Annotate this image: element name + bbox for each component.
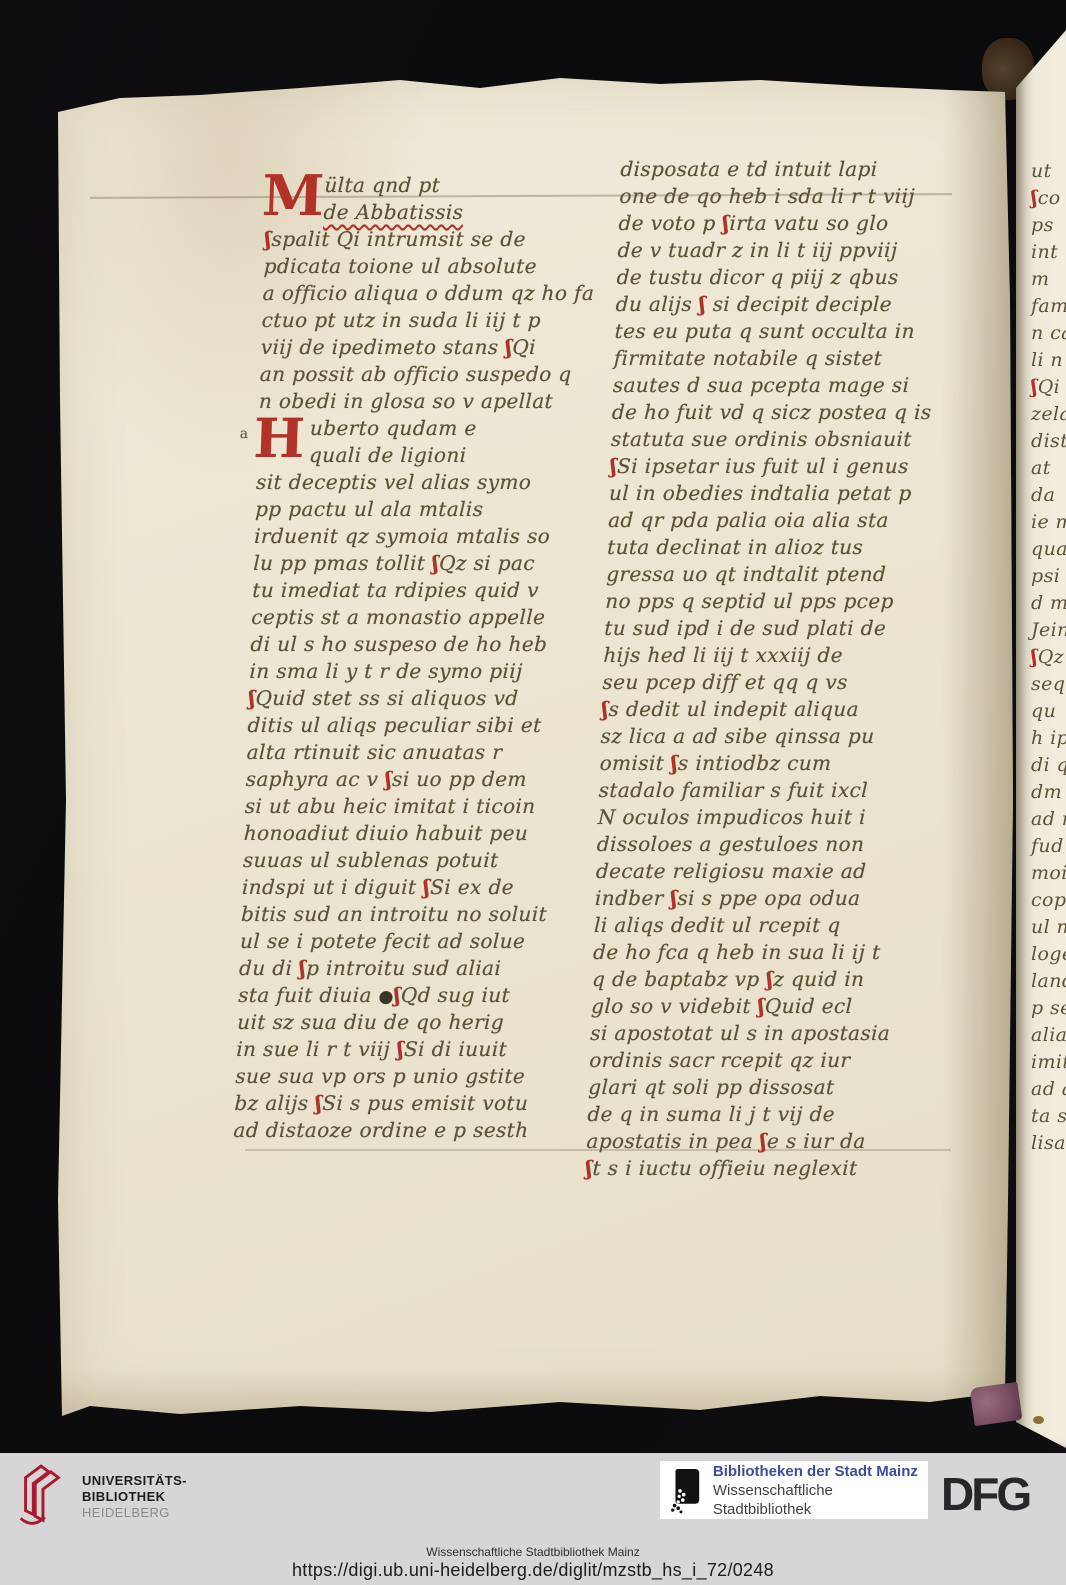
edge-fragment: ad m <box>1031 806 1066 833</box>
edge-fragment: land <box>1031 968 1066 995</box>
scan-source-url: https://digi.ub.uni-heidelberg.de/diglit… <box>0 1560 1066 1581</box>
ubh-line2: BIBLIOTHEK <box>82 1489 187 1505</box>
manuscript-line: de voto p ʃirta vatu so glo <box>618 210 969 237</box>
rubric-mark: ʃ <box>671 751 679 775</box>
manuscript-line: suuas ul sublenas potuit <box>242 847 588 874</box>
manuscript-line: tes eu puta q sunt occulta in <box>614 318 965 345</box>
manuscript-line: ordinis sacr rcepit qz iur <box>589 1047 940 1074</box>
edge-fragment: fam <box>1031 293 1066 320</box>
rubric-mark: ʃ <box>760 1129 768 1153</box>
manuscript-line: de tustu dicor q piij z qbus <box>616 264 967 291</box>
rubric-mark: ʃ <box>393 983 401 1007</box>
manuscript-line: no pps q septid ul pps pcep <box>605 588 956 615</box>
edge-fragment: li n <box>1031 347 1066 374</box>
manuscript-line: ʃSi ipsetar ius fuit ul i genus <box>610 453 961 480</box>
rubric-mark: ʃ <box>432 551 440 575</box>
rubric-mark: ʃ <box>299 956 307 980</box>
mainz-book-icon <box>670 1465 703 1515</box>
gilt-speck <box>1033 1416 1044 1424</box>
manuscript-line: seu pcep diff et qq q vs <box>602 669 953 696</box>
manuscript-line: sautes d sua pcepta mage si <box>612 372 963 399</box>
manuscript-line: sue sua vp ors p unio gstite <box>235 1063 581 1090</box>
edge-fragment: alia <box>1031 1022 1066 1049</box>
edge-fragment: loge <box>1031 941 1066 968</box>
marbled-edge-patch <box>970 1382 1023 1426</box>
manuscript-line: tuta declinat in alioz tus <box>607 534 958 561</box>
edge-fragment: ut <box>1031 158 1066 185</box>
digitized-scan-frame: ülta qnd ptde Abbatissisʃspalit Qi intru… <box>0 0 1066 1585</box>
manuscript-line: uit sz sua diu de qo herig <box>237 1009 583 1036</box>
edge-fragment: ta su <box>1031 1103 1066 1130</box>
rubric-mark: ʃ <box>757 994 765 1018</box>
footer-bar: UNIVERSITÄTS- BIBLIOTHEK HEIDELBERG Bibl… <box>0 1453 1066 1585</box>
manuscript-line: viij de ipedimeto stans ʃQi <box>260 334 606 361</box>
edge-fragment: copoe <box>1031 887 1066 914</box>
manuscript-line: lu pp pmas tollit ʃQz si pac <box>253 550 599 577</box>
manuscript-line: n obedi in glosa so v apellat <box>258 388 604 415</box>
mainz-line1: Bibliotheken der Stadt Mainz <box>713 1462 928 1481</box>
manuscript-line: sz lica a ad sibe qinssa pu <box>600 723 951 750</box>
rubric-mark: ʃ <box>505 335 513 359</box>
edge-fragment: da <box>1031 482 1066 509</box>
edge-fragment: ʃQi <box>1031 374 1066 401</box>
manuscript-line: in sue li r t viij ʃSi di iuuit <box>236 1036 582 1063</box>
manuscript-line: gressa uo qt indtalit ptend <box>606 561 957 588</box>
manuscript-line: quali de ligioni <box>257 442 603 469</box>
rubric-mark: ʃ <box>585 1156 593 1180</box>
rubric-mark: ʃ <box>264 227 272 251</box>
edge-fragment: qu <box>1031 698 1066 725</box>
manuscript-line: de ho fuit vd q sicz postea q is <box>611 399 962 426</box>
manuscript-line: ul se i potete fecit ad solue <box>240 928 586 955</box>
rubric-mark: ʃ <box>1031 646 1038 668</box>
text-column-1: ülta qnd ptde Abbatissisʃspalit Qi intru… <box>233 172 612 1144</box>
edge-fragment: Jein <box>1031 617 1066 644</box>
manuscript-line: honoadiut diuio habuit peu <box>243 820 589 847</box>
manuscript-line: ul in obedies indtalia petat p <box>609 480 960 507</box>
edge-fragment: ie m <box>1031 509 1066 536</box>
edge-fragment: lisa <box>1031 1130 1066 1157</box>
manuscript-line: bitis sud an introitu no soluit <box>241 901 587 928</box>
edge-fragment: fud <box>1031 833 1066 860</box>
manuscript-line: ʃs dedit ul indepit aliqua <box>601 696 952 723</box>
manuscript-line: one de qo heb i sda li r t viij <box>619 183 970 210</box>
rubric-mark: ʃ <box>610 454 618 478</box>
manuscript-line: ʃspalit Qi intrumsit se de <box>264 226 610 253</box>
manuscript-line: in sma li y t r de symo piij <box>249 658 595 685</box>
manuscript-line: indspi ut i diguit ʃSi ex de <box>242 874 588 901</box>
manuscript-line: pdicata toione ul absolute <box>263 253 609 280</box>
dfg-logo: DFG <box>941 1467 1029 1521</box>
edge-fragment: qua <box>1031 536 1066 563</box>
rubric-mark: ʃ <box>699 292 707 316</box>
ubh-line1: UNIVERSITÄTS- <box>82 1473 187 1489</box>
ub-heidelberg-wordmark: UNIVERSITÄTS- BIBLIOTHEK HEIDELBERG <box>82 1473 187 1521</box>
manuscript-line: ad qr pda palia oia alia sta <box>608 507 959 534</box>
manuscript-line: sta fuit diuia ●ʃQd sug iut <box>238 982 584 1009</box>
edge-fragment: ps <box>1031 212 1066 239</box>
edge-fragment: moia <box>1031 860 1066 887</box>
rubric-mark: ʃ <box>670 886 678 910</box>
next-page-text-fragments: utʃcopsintmfamn cali nʃQizeladistatdaie … <box>1031 158 1066 1157</box>
manuscript-line: sit deceptis vel alias symo <box>256 469 602 496</box>
rubric-mark: ʃ <box>1031 376 1038 398</box>
edge-fragment: ʃco <box>1031 185 1066 212</box>
rubric-initial-h: H <box>253 411 306 465</box>
manuscript-line: omisit ʃs intiodbz cum <box>599 750 950 777</box>
edge-fragment: dm <box>1031 779 1066 806</box>
edge-fragment: ad ab <box>1031 1076 1066 1103</box>
manuscript-line: du alijs ʃ si decipit deciple <box>615 291 966 318</box>
manuscript-line: stadalo familiar s fuit ixcl <box>598 777 949 804</box>
manuscript-line: ad distaoze ordine e p sesth <box>233 1117 579 1144</box>
manuscript-line: pp pactu ul ala mtalis <box>255 496 601 523</box>
manuscript-line: ceptis st a monastio appelle <box>251 604 597 631</box>
rubric-mark: ʃ <box>248 686 256 710</box>
edge-fragment: int <box>1031 239 1066 266</box>
rubric-mark: ʃ <box>1031 187 1038 209</box>
ub-heidelberg-logo: UNIVERSITÄTS- BIBLIOTHEK HEIDELBERG <box>12 1459 187 1535</box>
edge-fragment: at <box>1031 455 1066 482</box>
edge-fragment: dist <box>1031 428 1066 455</box>
edge-fragment: imit <box>1031 1049 1066 1076</box>
manuscript-line: de ho fca q heb in sua li ij t <box>593 939 944 966</box>
edge-fragment: zela <box>1031 401 1066 428</box>
rubric-mark: ʃ <box>385 767 393 791</box>
page-bottom-shade <box>55 1370 1013 1420</box>
manuscript-line: de q in suma li j t vij de <box>587 1101 938 1128</box>
ink-blot: ● <box>378 987 394 1007</box>
manuscript-line: glo so v videbit ʃQuid ecl <box>591 993 942 1020</box>
ub-heidelberg-book-icon <box>12 1459 72 1535</box>
manuscript-line: si ut abu heic imitat i ticoin <box>244 793 590 820</box>
mainz-wordmark: Bibliotheken der Stadt Mainz Wissenschaf… <box>713 1462 928 1519</box>
manuscript-line: dissoloes a gestuloes non <box>596 831 947 858</box>
manuscript-page: ülta qnd ptde Abbatissisʃspalit Qi intru… <box>55 68 1013 1420</box>
manuscript-line: tu imediat ta rdipies quid v <box>252 577 598 604</box>
manuscript-line: a officio aliqua o ddum qz ho fa <box>262 280 608 307</box>
manuscript-line: ditis ul aliqs peculiar sibi et <box>247 712 593 739</box>
manuscript-line: bz alijs ʃSi s pus emisit votu <box>234 1090 580 1117</box>
manuscript-line: alta rtinuit sic anuatas r <box>246 739 592 766</box>
edge-fragment: m <box>1031 266 1066 293</box>
text-column-2: disposata e td intuit lapione de qo heb … <box>585 156 971 1182</box>
manuscript-line: saphyra ac v ʃsi uo pp dem <box>245 766 591 793</box>
manuscript-line: irduenit qz symoia mtalis so <box>254 523 600 550</box>
mainz-library-logo: Bibliotheken der Stadt Mainz Wissenschaf… <box>660 1461 928 1519</box>
mainz-line2: Wissenschaftliche Stadtbibliothek <box>713 1481 928 1519</box>
manuscript-line: de v tuadr z in li t iij ppviij <box>617 237 968 264</box>
manuscript-line: statuta sue ordinis obsniauit <box>611 426 962 453</box>
rubric-mark: ʃ <box>423 875 431 899</box>
rubric-mark: ʃ <box>766 967 774 991</box>
manuscript-line: N oculos impudicos huit i <box>597 804 948 831</box>
manuscript-line: di ul s ho suspeso de ho heb <box>250 631 596 658</box>
rubric-mark: ʃ <box>397 1037 405 1061</box>
manuscript-line: si apostotat ul s in apostasia <box>590 1020 941 1047</box>
manuscript-line: uberto qudam e <box>258 415 604 442</box>
scan-caption: Wissenschaftliche Stadtbibliothek Mainz <box>0 1545 1066 1559</box>
rubric-initial-m: M <box>261 168 325 224</box>
rubric-mark: ʃ <box>722 211 730 235</box>
edge-fragment: di q <box>1031 752 1066 779</box>
manuscript-line: firmitate notabile q sistet <box>613 345 964 372</box>
manuscript-line: ctuo pt utz in suda li iij t p <box>261 307 607 334</box>
guide-letter: a <box>239 421 249 448</box>
rubric-mark: ʃ <box>315 1091 323 1115</box>
manuscript-line: apostatis in pea ʃe s iur da <box>586 1128 937 1155</box>
manuscript-line: ʃQuid stet ss si aliquos vd <box>248 685 594 712</box>
manuscript-line: li aliqs dedit ul rcepit q <box>594 912 945 939</box>
edge-fragment: psi <box>1031 563 1066 590</box>
manuscript-line: hijs hed li iij t xxxiij de <box>603 642 954 669</box>
manuscript-line: an possit ab officio suspedo q <box>259 361 605 388</box>
edge-fragment: ʃQz <box>1031 644 1066 671</box>
manuscript-line: disposata e td intuit lapi <box>620 156 971 183</box>
manuscript-line: du di ʃp introitu sud aliai <box>239 955 585 982</box>
edge-fragment: n ca <box>1031 320 1066 347</box>
next-page-edge: utʃcopsintmfamn cali nʃQizeladistatdaie … <box>1016 30 1066 1448</box>
manuscript-line: glari qt soli pp dissosat <box>588 1074 939 1101</box>
manuscript-line: q de baptabz vp ʃz quid in <box>592 966 943 993</box>
edge-fragment: h ip <box>1031 725 1066 752</box>
manuscript-line: indber ʃsi s ppe opa odua <box>595 885 946 912</box>
manuscript-line: ʃt s i iuctu offieiu neglexit <box>585 1155 936 1182</box>
rubric-mark: ʃ <box>601 697 609 721</box>
edge-fragment: seq <box>1031 671 1066 698</box>
edge-fragment: d m <box>1031 590 1066 617</box>
ubh-line3: HEIDELBERG <box>82 1505 187 1521</box>
edge-fragment: ul m <box>1031 914 1066 941</box>
manuscript-line: tu sud ipd i de sud plati de <box>604 615 955 642</box>
edge-fragment: p se <box>1031 995 1066 1022</box>
manuscript-line: decate religiosu maxie ad <box>595 858 946 885</box>
